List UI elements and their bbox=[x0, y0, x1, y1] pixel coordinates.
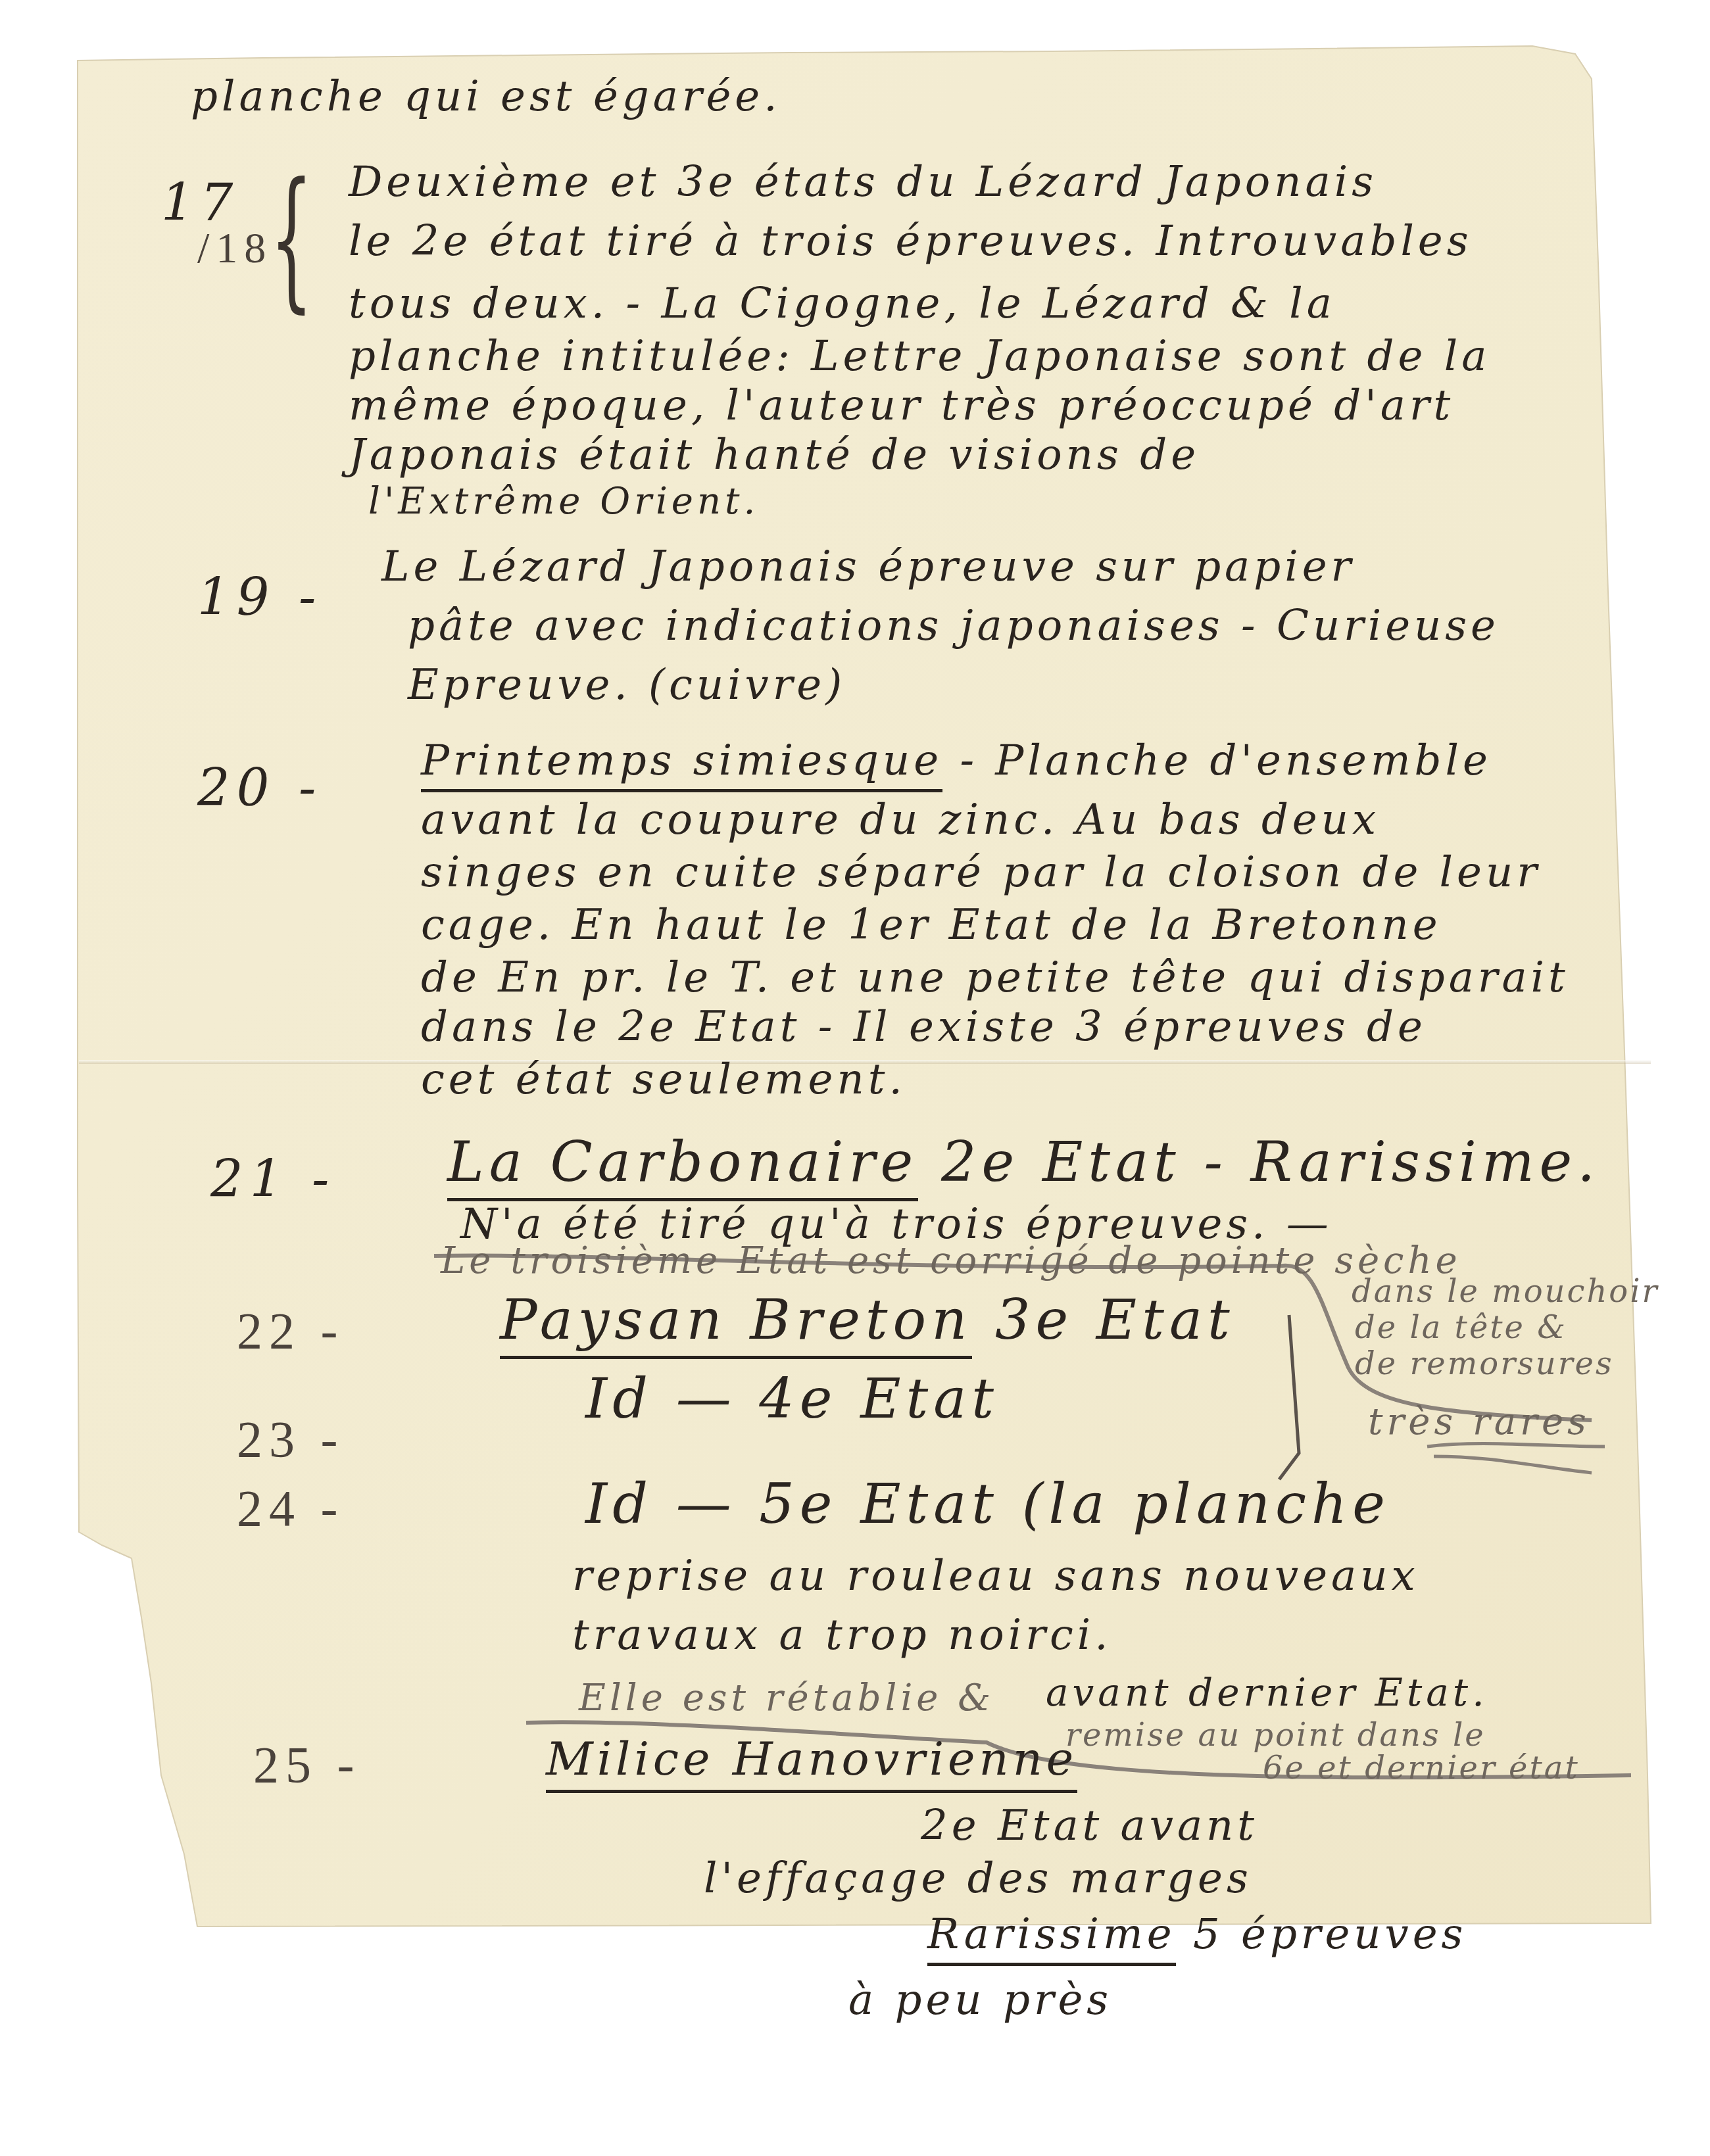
entry-24-pencil-note: Elle est rétablie & bbox=[579, 1680, 994, 1717]
entry-25-line-2: 2e Etat avant bbox=[921, 1805, 1258, 1847]
entry-24-line-3: travaux a trop noirci. bbox=[572, 1614, 1112, 1656]
entry-17-line-1: Deuxième et 3e états du Lézard Japonais bbox=[349, 161, 1377, 203]
entry-number-23: 23 - bbox=[237, 1414, 344, 1465]
entry-20-line-4: cage. En haut le 1er Etat de la Bretonne bbox=[421, 904, 1442, 946]
entry-17-line-3: tous deux. - La Cigogne, le Lézard & la bbox=[349, 283, 1336, 325]
entry-25-line-5: à peu près bbox=[848, 1979, 1112, 2021]
entry-17-line-2: le 2e état tiré à trois épreuves. Introu… bbox=[349, 220, 1473, 262]
entry-20-line-5: de En pr. le T. et une petite tête qui d… bbox=[421, 957, 1569, 999]
entry-25-line-3: l'effaçage des marges bbox=[704, 1857, 1252, 1900]
entry-19-line-2: pâte avec indications japonaises - Curie… bbox=[408, 605, 1500, 647]
entry-25-title-text: Milice Hanovrienne bbox=[546, 1732, 1077, 1793]
entry-20-line-2: avant la coupure du zinc. Au bas deux bbox=[421, 799, 1380, 841]
entry-24-line-2: reprise au rouleau sans nouveaux bbox=[572, 1555, 1419, 1597]
entry-25-line-4: Rarissime 5 épreuves bbox=[927, 1913, 1467, 1955]
entry-20-line-6: dans le 2e Etat - Il existe 3 épreuves d… bbox=[421, 1006, 1427, 1048]
margin-note-line-2: de la tête & bbox=[1355, 1312, 1567, 1343]
entry-20-line-3: singes en cuite séparé par la cloison de… bbox=[421, 851, 1541, 894]
manuscript-page: planche qui est égarée. 17 /18 { Deuxièm… bbox=[0, 0, 1710, 2156]
entry-19-line-1: Le Lézard Japonais épreuve sur papier bbox=[381, 546, 1355, 588]
entry-21-line-1: La Carbonaire 2e Etat - Rarissime. bbox=[447, 1134, 1600, 1189]
continuation-line: planche qui est égarée. bbox=[191, 76, 781, 118]
entry-21-title: La Carbonaire bbox=[447, 1130, 918, 1201]
margin-note-tres-rares: très rares bbox=[1368, 1404, 1590, 1441]
rarissime-label: Rarissime bbox=[927, 1910, 1176, 1966]
entry-number-20: 20 - bbox=[197, 763, 322, 814]
note-avant-dernier: avant dernier Etat. bbox=[1046, 1673, 1488, 1712]
entry-20-title: Printemps simiesque bbox=[421, 736, 942, 792]
entry-23-line-1: Id — 4e Etat bbox=[585, 1371, 999, 1426]
margin-note-line-3: de remorsures bbox=[1355, 1348, 1614, 1379]
entry-25-title: Milice Hanovrienne bbox=[546, 1736, 1077, 1782]
entry-20-line-1: Printemps simiesque - Planche d'ensemble bbox=[421, 740, 1492, 782]
entry-number-19: 19 - bbox=[197, 572, 322, 623]
entry-number-25: 25 - bbox=[253, 1739, 360, 1790]
entry-17-line-4: planche intitulée: Lettre Japonaise sont… bbox=[349, 335, 1490, 377]
entry-22-line-1: Paysan Breton 3e Etat bbox=[500, 1292, 1235, 1347]
entry-number-18: /18 bbox=[197, 227, 272, 270]
entry-number-17: 17 bbox=[161, 178, 239, 229]
margin-note-line-1: dans le mouchoir bbox=[1352, 1276, 1659, 1307]
entry-22-title: Paysan Breton bbox=[500, 1287, 972, 1359]
brace-symbol: { bbox=[270, 151, 313, 327]
entry-20-line-7: cet état seulement. bbox=[421, 1059, 906, 1101]
entry-number-21: 21 - bbox=[210, 1154, 335, 1205]
entry-19-line-3: Epreuve. (cuivre) bbox=[408, 664, 846, 706]
entry-21-pencil-note: Le troisième Etat est corrigé de pointe … bbox=[441, 1243, 1461, 1280]
entry-24-line-1: Id — 5e Etat (la planche bbox=[585, 1476, 1390, 1531]
entry-17-line-7: l'Extrême Orient. bbox=[368, 483, 759, 520]
entry-number-22: 22 - bbox=[237, 1305, 344, 1356]
entry-17-line-6: Japonais était hanté de visions de bbox=[349, 434, 1200, 476]
note-remise-line-1: remise au point dans le bbox=[1065, 1719, 1486, 1751]
entry-number-24: 24 - bbox=[237, 1483, 344, 1534]
entry-17-line-5: même époque, l'auteur très préoccupé d'a… bbox=[349, 385, 1454, 427]
note-remise-line-2: 6e et dernier état bbox=[1263, 1752, 1580, 1784]
